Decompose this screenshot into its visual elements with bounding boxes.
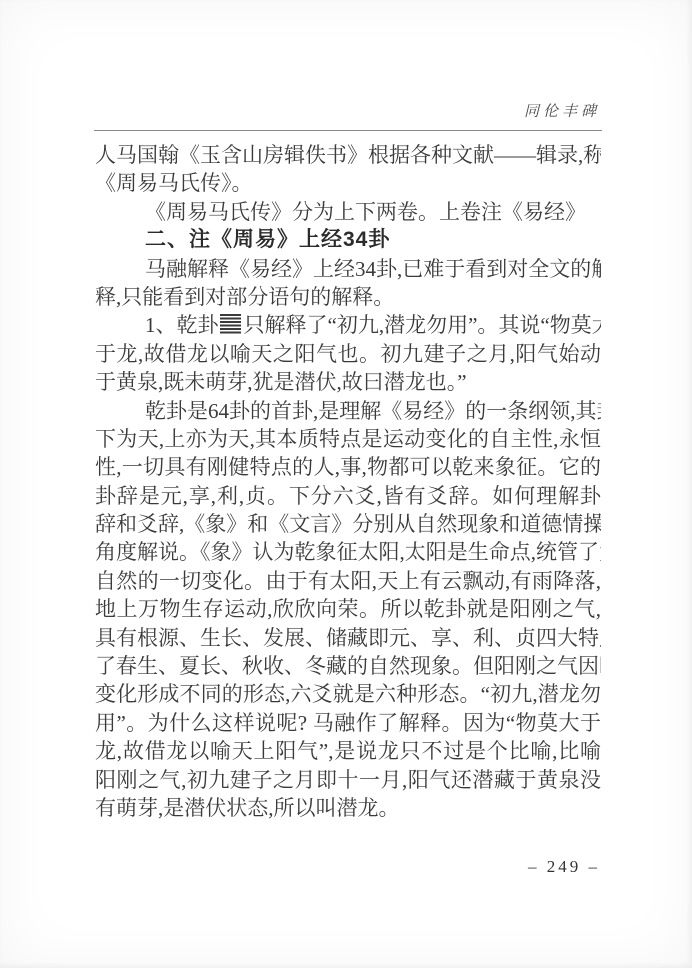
body-line: 人马国翰《玉含山房辑佚书》根据各种文献——辑录,称为 <box>95 141 601 169</box>
body-line: 具有根源、生长、发展、储藏即元、享、利、贞四大特点,导致 <box>95 624 601 652</box>
body-line: 角度解说。《象》认为乾象征太阳,太阳是生命点,统管了大 <box>95 538 601 566</box>
body-line: 地上万物生存运动,欣欣向荣。所以乾卦就是阳刚之气, <box>95 595 601 623</box>
body-line: 乾卦是64卦的首卦,是理解《易经》的一条纲领,其卦 <box>95 397 601 425</box>
body-line-text: 1、乾卦 <box>145 313 219 337</box>
body-line: 马融解释《易经》上经34卦,已难于看到对全文的解 <box>95 255 601 283</box>
body-line: 《周易马氏传》分为上下两卷。上卷注《易经》 <box>95 198 601 226</box>
body-line: 性,一切具有刚健特点的人,事,物都可以乾来象征。它的 <box>95 453 601 481</box>
body-line: 用”。为什么这样说呢? 马融作了解释。因为“物莫大于 <box>95 709 601 737</box>
body-line: 于龙,故借龙以喻天之阳气也。初九建子之月,阳气始动 <box>95 340 601 368</box>
body-line-text: 只解释了“初九,潜龙勿用”。其说“物莫大 <box>244 313 602 337</box>
body-line: 了春生、夏长、秋收、冬藏的自然现象。但阳刚之气因时间 <box>95 652 601 680</box>
page-number: – 249 – <box>528 857 600 877</box>
body-line: 释,只能看到对部分语句的解释。 <box>95 283 601 311</box>
running-head: 同伦丰碑 <box>524 100 600 121</box>
body-line: 变化形成不同的形态,六爻就是六种形态。“初九,潜龙勿 <box>95 680 601 708</box>
body-line: 1、乾卦只解释了“初九,潜龙勿用”。其说“物莫大 <box>95 311 601 339</box>
qian-hexagram-icon <box>220 314 241 334</box>
header-divider <box>94 130 602 131</box>
body-line: 下为天,上亦为天,其本质特点是运动变化的自主性,永恒 <box>95 425 601 453</box>
body-line: 阳刚之气,初九建子之月即十一月,阳气还潜藏于黄泉没 <box>95 766 601 794</box>
body-line: 有萌芽,是潜伏状态,所以叫潜龙。 <box>95 794 601 822</box>
section-heading: 二、注《周易》上经34卦 <box>95 226 601 254</box>
body-line: 自然的一切变化。由于有太阳,天上有云飘动,有雨降落, <box>95 567 601 595</box>
body-line: 龙,故借龙以喻天上阳气”,是说龙只不过是个比喻,比喻 <box>95 737 601 765</box>
body-line: 辞和爻辞,《象》和《文言》分别从自然现象和道德情操两个 <box>95 510 601 538</box>
body-line: 《周易马氏传》。 <box>95 169 601 197</box>
body-line: 卦辞是元,享,利,贞。下分六爻,皆有爻辞。如何理解卦 <box>95 482 601 510</box>
body-line: 于黄泉,既未萌芽,犹是潜伏,故曰潜龙也。” <box>95 368 601 396</box>
book-page: 同伦丰碑 人马国翰《玉含山房辑佚书》根据各种文献——辑录,称为 《周易马氏传》。… <box>0 0 692 968</box>
page-body: 人马国翰《玉含山房辑佚书》根据各种文献——辑录,称为 《周易马氏传》。 《周易马… <box>95 141 601 822</box>
